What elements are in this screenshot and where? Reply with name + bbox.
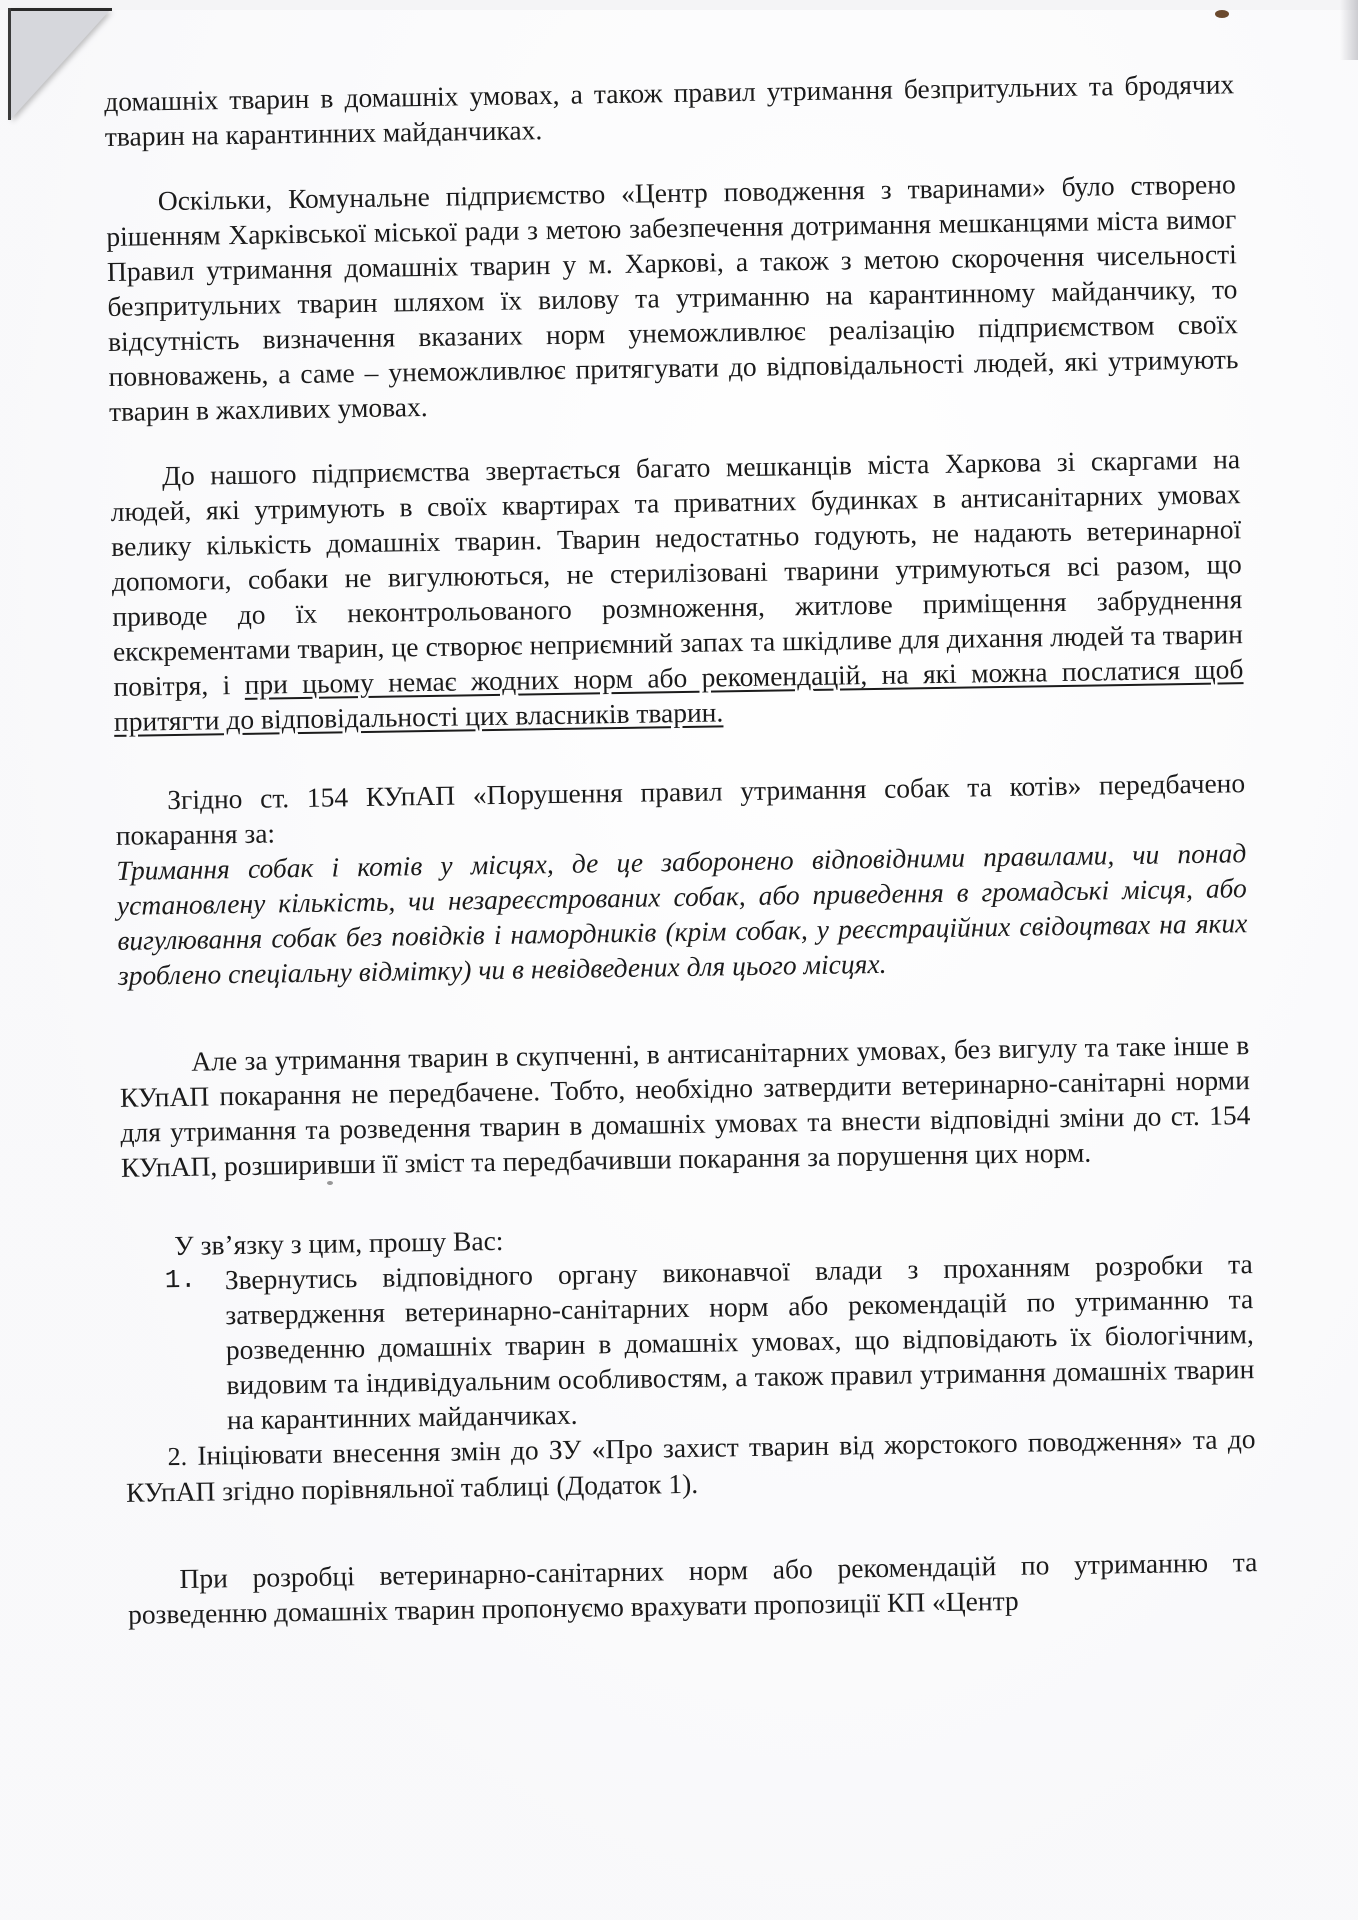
- scan-top-edge: [0, 0, 1358, 10]
- request-number: 1.: [123, 1262, 228, 1439]
- stain-mark: [1215, 10, 1229, 18]
- paragraph-no-penalty: Але за утримання тварин в скупченні, в а…: [119, 1027, 1251, 1185]
- paragraph-proposals: При розробці ветеринарно-санітарних норм…: [127, 1544, 1258, 1632]
- request-text: Звернутись відповідного органу виконавчо…: [225, 1246, 1256, 1437]
- underlined-emphasis: при цьому немає жодних норм або рекоменд…: [114, 653, 1244, 737]
- corner-edge-left: [8, 8, 11, 120]
- scanned-page: домашніх тварин в домашніх умовах, а так…: [0, 0, 1358, 1920]
- folded-corner: [10, 10, 110, 120]
- paragraph-continuation: домашніх тварин в домашніх умовах, а так…: [104, 66, 1235, 154]
- article-154-quote: Тримання собак і котів у місцях, де це з…: [116, 835, 1248, 993]
- page-edge-shadow: [1340, 0, 1358, 60]
- paragraph-complaints: До нашого підприємства звертається багат…: [110, 441, 1244, 739]
- request-text: Ініціювати внесення змін до ЗУ «Про захи…: [126, 1423, 1256, 1508]
- paragraph-enterprise-mandate: Оскільки, Комунальне підприємство «Центр…: [106, 166, 1240, 429]
- request-number: 2.: [167, 1442, 187, 1471]
- request-item: 1. Звернутись відповідного органу викона…: [123, 1246, 1256, 1439]
- request-list: 1. Звернутись відповідного органу викона…: [123, 1246, 1257, 1510]
- corner-edge-top: [8, 8, 112, 11]
- document-body: домашніх тварин в домашніх умовах, а так…: [104, 66, 1258, 1632]
